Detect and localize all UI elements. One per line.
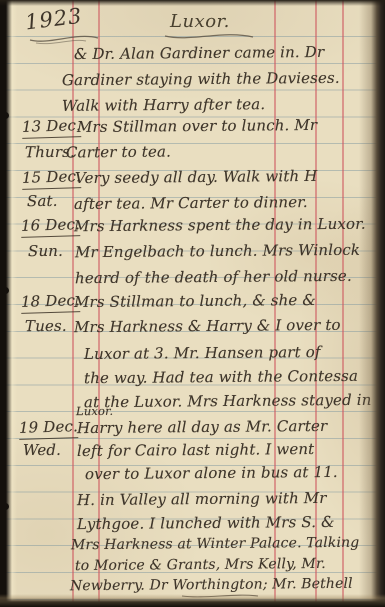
entry-text-line: Mrs Harkness & Harry & I over to: [74, 316, 341, 337]
year-label: 1923: [24, 4, 84, 35]
entry-text-line: left for Cairo last night. I went: [77, 440, 314, 461]
book-edge-right: [359, 0, 385, 607]
entry-day: Wed.: [23, 441, 61, 460]
entry-text-line: Mrs Harkness spent the day in Luxor.: [74, 215, 366, 237]
entry-text-line: heard of the death of her old nurse.: [75, 267, 352, 288]
entry-text-line: Mr Engelbach to lunch. Mrs Winlock: [75, 241, 360, 262]
entry-text-line: Harry here all day as Mr. Carter: [77, 417, 328, 438]
entry-day: Tues.: [25, 317, 67, 336]
entry-text-line: at the Luxor. Mrs Harkness stayed in: [84, 391, 372, 413]
margin-line: [342, 0, 344, 607]
entry-text-line: Carter to tea.: [66, 143, 171, 163]
entry-day: Sat.: [27, 192, 58, 211]
diary-page: 1923 Luxor. & Dr. Alan Gardiner came in.…: [0, 0, 385, 607]
page-edge-mark: [0, 503, 9, 510]
entry-text-line: H. in Valley all morning with Mr: [77, 489, 327, 510]
entry-day: Sun.: [28, 242, 63, 261]
page-edge-mark: [0, 287, 9, 294]
entry-date: 15 Dec.: [22, 167, 82, 190]
entry-date: 13 Dec.: [22, 116, 82, 139]
entry-text-line: Mrs Stillman to lunch, & she &: [74, 291, 316, 312]
entry-date: 18 Dec.: [21, 291, 81, 314]
entry-text-line: Mrs Harkness at Winter Palace. Talking: [71, 535, 359, 555]
page-edge-mark: [0, 112, 9, 119]
diary-intro-line: Gardiner staying with the Davieses.: [62, 69, 340, 90]
page-title: Luxor.: [170, 11, 230, 32]
title-underline-flourish: [163, 30, 255, 44]
entry-text-line: Luxor at 3. Mr. Hansen part of: [84, 343, 321, 364]
entry-text-line: Lythgoe. I lunched with Mrs S. &: [77, 513, 335, 534]
book-edge-left: [0, 0, 17, 607]
entry-text-line: the way. Had tea with the Contessa: [84, 367, 358, 388]
entry-text-line: to Morice & Grants, Mrs Kelly, Mr.: [75, 556, 326, 575]
entry-text-line: over to Luxor alone in bus at 11.: [85, 463, 338, 484]
diary-intro-line: & Dr. Alan Gardiner came in. Dr: [74, 43, 324, 64]
book-edge-top: [0, 0, 385, 6]
entry-text-line: Very seedy all day. Walk with H: [75, 167, 318, 188]
entry-text-line: after tea. Mr Carter to dinner.: [74, 193, 308, 214]
entry-text-line: Newberry. Dr Worthington; Mr. Bethell: [70, 576, 353, 595]
entry-date: 19 Dec.: [19, 417, 79, 440]
entry-text-line: Luxor.: [76, 405, 113, 418]
entry-date: 16 Dec.: [21, 215, 81, 238]
diary-intro-line: Walk with Harry after tea.: [62, 95, 265, 116]
entry-text-line: Mrs Stillman over to lunch. Mr: [77, 116, 317, 137]
book-edge-bottom: [0, 594, 385, 607]
